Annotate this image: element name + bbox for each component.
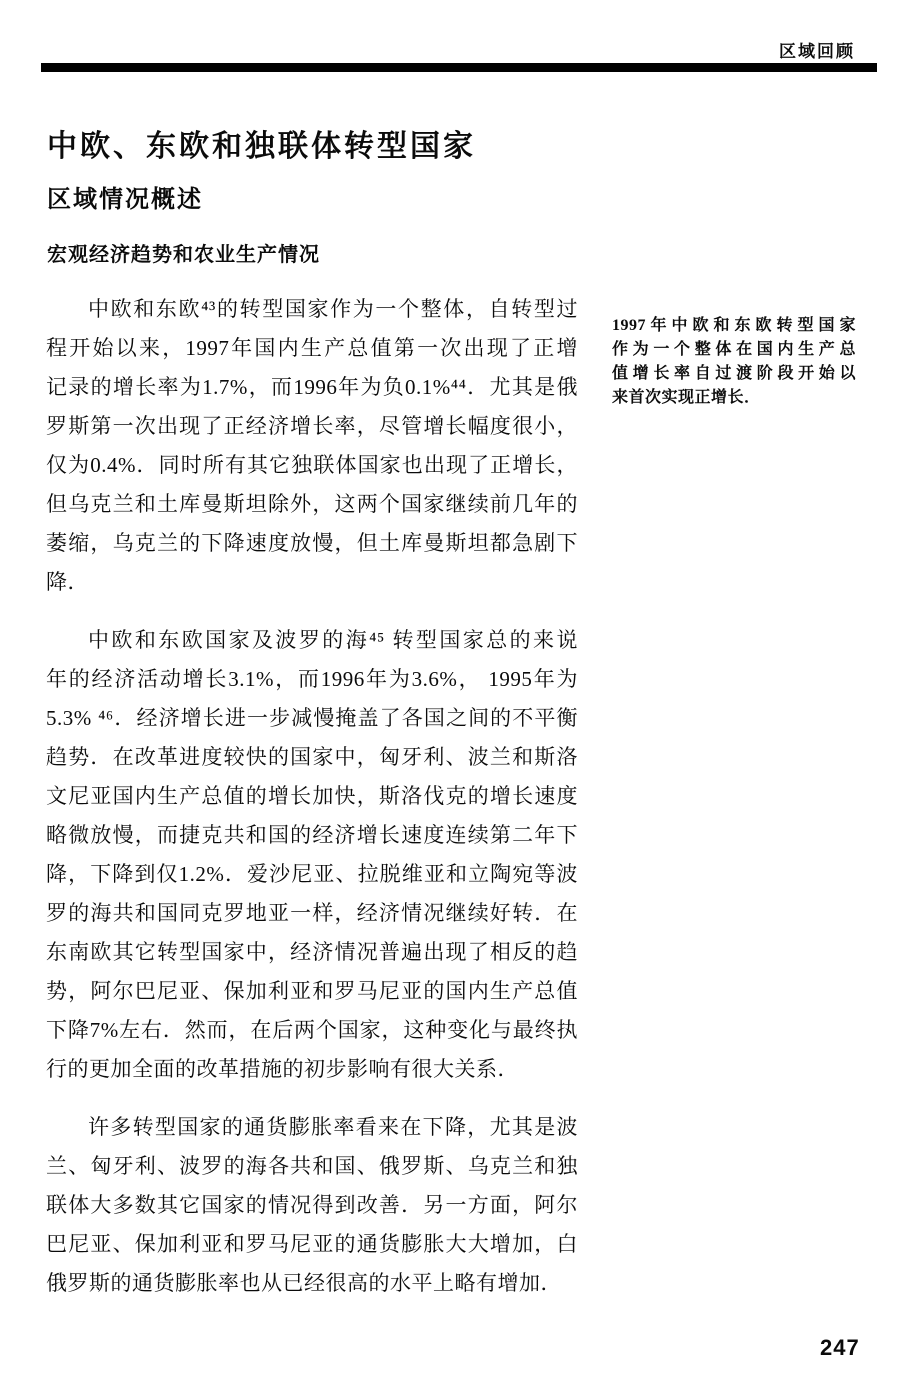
text-line: 势，阿尔巴尼亚、保加利亚和罗马尼亚的国内生产总值 xyxy=(46,972,578,1011)
text-line: 罗斯第一次出现了正经济增长率，尽管增长幅度很小， xyxy=(46,407,578,446)
margin-note: 1997年中欧和东欧转型国家作为一个整体在国内生产总值增长率自过渡阶段开始以来首… xyxy=(612,314,856,410)
text-line: 巴尼亚、保加利亚和罗马尼亚的通货膨胀大大增加，白 xyxy=(46,1225,578,1264)
text-line: 中欧和东欧⁴³的转型国家作为一个整体，自转型过 xyxy=(46,290,578,329)
text-line: 联体大多数其它国家的情况得到改善．另一方面，阿尔 xyxy=(46,1186,578,1225)
text-line: 5.3% ⁴⁶．经济增长进一步减慢掩盖了各国之间的不平衡 xyxy=(46,699,578,738)
text-line: 俄罗斯的通货膨胀率也从已经很高的水平上略有增加． xyxy=(46,1264,578,1303)
paragraph-inflation: 许多转型国家的通货膨胀率看来在下降，尤其是波兰、匈牙利、波罗的海各共和国、俄罗斯… xyxy=(46,1108,578,1303)
text-line: 仅为0.4%．同时所有其它独联体国家也出现了正增长， xyxy=(46,446,578,485)
text-line: 略微放慢，而捷克共和国的经济增长速度连续第二年下 xyxy=(46,816,578,855)
body-column: 中欧和东欧⁴³的转型国家作为一个整体，自转型过程开始以来，1997年国内生产总值… xyxy=(46,290,578,1303)
text-line: 萎缩，乌克兰的下降速度放慢，但土库曼斯坦都急剧下 xyxy=(46,524,578,563)
text-line: 东南欧其它转型国家中，经济情况普遍出现了相反的趋 xyxy=(46,933,578,972)
text-line: 下降7%左右．然而，在后两个国家，这种变化与最终执 xyxy=(46,1011,578,1050)
text-line: 行的更加全面的改革措施的初步影响有很大关系． xyxy=(46,1050,578,1089)
text-line: 值增长率自过渡阶段开始以 xyxy=(612,362,856,386)
text-line: 记录的增长率为1.7%，而1996年为负0.1%⁴⁴．尤其是俄 xyxy=(46,368,578,407)
text-line: 但乌克兰和土库曼斯坦除外，这两个国家继续前几年的 xyxy=(46,485,578,524)
document-page: 区域回顾 中欧、东欧和独联体转型国家 区域情况概述 宏观经济趋势和农业生产情况 … xyxy=(0,0,900,1400)
page-number: 247 xyxy=(820,1335,860,1361)
text-line: 来首次实现正增长． xyxy=(612,386,856,410)
text-line: 趋势．在改革进度较快的国家中，匈牙利、波兰和斯洛 xyxy=(46,738,578,777)
paragraph-macro-growth: 中欧和东欧⁴³的转型国家作为一个整体，自转型过程开始以来，1997年国内生产总值… xyxy=(46,290,578,602)
text-line: 降． xyxy=(46,563,578,602)
text-line: 1997年中欧和东欧转型国家 xyxy=(612,314,856,338)
chapter-title: 中欧、东欧和独联体转型国家 xyxy=(47,121,476,165)
text-line: 中欧和东欧国家及波罗的海⁴⁵ 转型国家总的来说1997 xyxy=(46,621,578,660)
section-title: 区域情况概述 xyxy=(47,179,203,214)
text-line: 程开始以来，1997年国内生产总值第一次出现了正增长， xyxy=(46,329,578,368)
text-line: 文尼亚国内生产总值的增长加快，斯洛伐克的增长速度 xyxy=(46,777,578,816)
subsection-title: 宏观经济趋势和农业生产情况 xyxy=(47,238,320,267)
text-line: 罗的海共和国同克罗地亚一样，经济情况继续好转．在 xyxy=(46,894,578,933)
text-line: 兰、匈牙利、波罗的海各共和国、俄罗斯、乌克兰和独 xyxy=(46,1147,578,1186)
header-rule xyxy=(41,63,877,72)
text-line: 许多转型国家的通货膨胀率看来在下降，尤其是波 xyxy=(46,1108,578,1147)
text-line: 年的经济活动增长3.1%，而1996年为3.6%， 1995年为 xyxy=(46,660,578,699)
text-line: 作为一个整体在国内生产总 xyxy=(612,338,856,362)
paragraph-country-detail: 中欧和东欧国家及波罗的海⁴⁵ 转型国家总的来说1997年的经济活动增长3.1%，… xyxy=(46,621,578,1089)
running-header: 区域回顾 xyxy=(779,37,855,62)
text-line: 降，下降到仅1.2%．爱沙尼亚、拉脱维亚和立陶宛等波 xyxy=(46,855,578,894)
